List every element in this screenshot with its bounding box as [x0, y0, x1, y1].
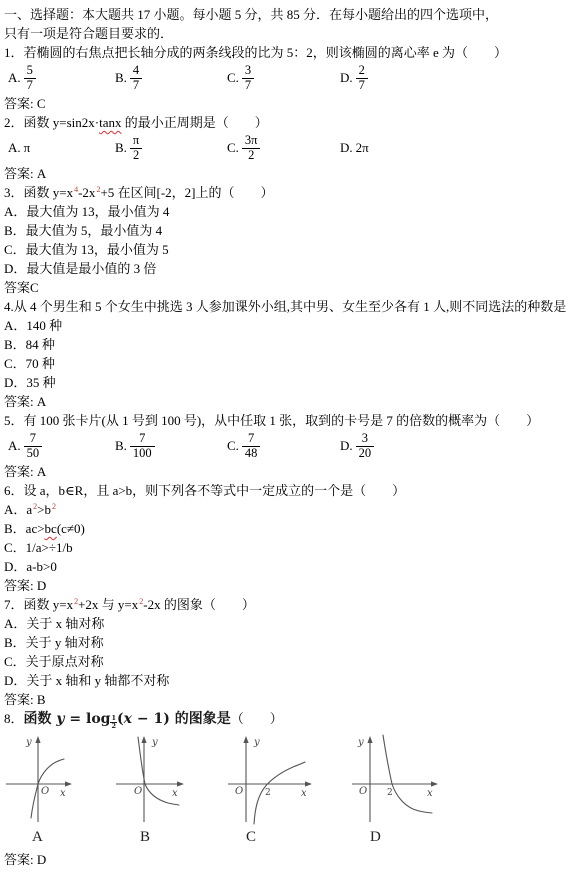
text-segment: 7．函数 y=x: [4, 597, 73, 612]
option-value: π: [24, 140, 31, 156]
fraction-denominator: 48: [242, 447, 261, 461]
fraction: π2: [130, 134, 142, 162]
question-5-option-b: B.7100: [115, 430, 155, 462]
question-4-option-d: D．35 种: [4, 373, 581, 392]
fraction: 47: [130, 64, 142, 92]
question-3-stem: 3．函数 y=x4-2x2+5 在区间[-2，2]上的（ ）: [4, 183, 581, 202]
text-segment: A．a: [4, 502, 32, 517]
text-segment: -2x: [78, 185, 95, 200]
question-2: 2．函数 y=sin2x·tanx 的最小正周期是（ ）A.πB.π2C.3π2…: [4, 113, 581, 183]
question-1-answer: 答案: C: [4, 94, 581, 113]
question-1-option-b: B.47: [115, 62, 142, 94]
origin-label: O: [235, 786, 243, 797]
fraction-numerator: 4: [130, 64, 142, 79]
text-segment: B．最大值为 5，最小值为 4: [4, 223, 162, 238]
fraction-numerator: 7: [24, 432, 43, 447]
text-segment: D．a-b>0: [4, 559, 57, 574]
question-4: 4.从 4 个男生和 5 个女生中挑选 3 人参加课外小组,其中男、女生至少各有…: [4, 297, 581, 411]
y-axis-label: y: [253, 737, 260, 748]
question-6-option-b: B．ac>bc(c≠0): [4, 519, 581, 538]
question-7-option-d: D．关于 x 轴和 y 轴都不对称: [4, 671, 581, 690]
question-6-option-a: A．a2>b2: [4, 500, 581, 519]
option-letter: A.: [8, 70, 21, 86]
text-segment: 2．函数 y=sin2x·: [4, 115, 99, 130]
graph-a-letter: A: [4, 828, 104, 846]
fraction: 750: [24, 432, 43, 460]
graph-c-letter: C: [222, 828, 322, 846]
fraction-numerator: 3: [242, 64, 254, 79]
option-letter: D.: [340, 140, 353, 156]
question-4-option-a: A．140 种: [4, 316, 581, 335]
question-5-option-a: A.750: [8, 430, 42, 462]
fraction: 3π2: [242, 134, 261, 162]
fraction: 320: [356, 432, 375, 460]
text-segment: 8．: [4, 711, 24, 726]
question-4-option-b: B．84 种: [4, 335, 581, 354]
fraction-denominator: 7: [24, 79, 36, 93]
y-axis-label: y: [25, 737, 32, 748]
question-5-option-d: D.320: [340, 430, 374, 462]
text-segment: A．关于 x 轴对称: [4, 616, 104, 631]
fraction-denominator: 7: [242, 79, 254, 93]
superscript-exponent: 2: [52, 502, 56, 511]
origin-label: O: [41, 786, 49, 797]
fraction-denominator: 50: [24, 447, 43, 461]
text-segment: B．关于 y 轴对称: [4, 635, 104, 650]
option-letter: C.: [227, 140, 239, 156]
option-letter: D.: [340, 438, 353, 454]
fraction-denominator: 2: [130, 149, 142, 163]
question-3-option-c: C．最大值为 13，最小值为 5: [4, 240, 581, 259]
option-letter: B.: [115, 438, 127, 454]
question-3-option-b: B．最大值为 5，最小值为 4: [4, 221, 581, 240]
question-8-graph-options: yxOAyxOByxO2CyxO2D: [4, 732, 581, 850]
question-2-option-a: A.π: [8, 132, 30, 164]
question-7-option-b: B．关于 y 轴对称: [4, 633, 581, 652]
text-segment: A．最大值为 13，最小值为 4: [4, 204, 169, 219]
question-7: 7．函数 y=x2+2x 与 y=x2-2x 的图象（ ）A．关于 x 轴对称B…: [4, 595, 581, 709]
graph-option-b: yxOB: [110, 732, 210, 846]
text-segment: D．35 种: [4, 375, 56, 390]
option-letter: A.: [8, 438, 21, 454]
x-axis-label: x: [60, 788, 66, 799]
text-segment: = log: [65, 711, 111, 727]
text-segment: 的图象是: [170, 711, 231, 727]
graph-b-plot: yxO: [110, 732, 210, 828]
y-axis-label: y: [151, 737, 158, 748]
text-segment: +5 在区间[-2，2]上的（ ）: [100, 185, 273, 200]
question-8: 8．函数 y = log12(x − 1) 的图象是（ ）yxOAyxOByxO…: [4, 709, 581, 869]
fraction-denominator: 7: [130, 79, 142, 93]
question-1-options: A.57B.47C.37D.27: [4, 62, 581, 94]
option-letter: A.: [8, 140, 21, 156]
question-3: 3．函数 y=x4-2x2+5 在区间[-2，2]上的（ ）A．最大值为 13，…: [4, 183, 581, 297]
question-6-option-c: C．1/a>÷1/b: [4, 538, 581, 557]
text-segment: − 1): [132, 711, 170, 727]
text-segment: y: [56, 711, 64, 727]
graph-option-c: yxO2C: [222, 732, 322, 846]
x-tick-label: 2: [265, 788, 271, 798]
option-letter: C.: [227, 70, 239, 86]
text-segment: (: [117, 711, 124, 727]
question-2-option-c: C.3π2: [227, 132, 260, 164]
fraction: 57: [24, 64, 36, 92]
text-segment: B．84 种: [4, 337, 55, 352]
text-segment: x: [124, 711, 132, 727]
question-3-answer: 答案C: [4, 278, 581, 297]
option-letter: B.: [115, 70, 127, 86]
question-3-option-a: A．最大值为 13，最小值为 4: [4, 202, 581, 221]
text-segment: C．最大值为 13，最小值为 5: [4, 242, 169, 257]
question-5-stem: 5．有 100 张卡片(从 1 号到 100 号)，从中任取 1 张，取到的卡号…: [4, 411, 581, 430]
fraction: 37: [242, 64, 254, 92]
question-5-options: A.750B.7100C.748D.320: [4, 430, 581, 462]
question-3-option-d: D．最大值是最小值的 3 倍: [4, 259, 581, 278]
text-segment: 1．若椭圆的右焦点把长轴分成的两条线段的比为 5：2，则该椭圆的离心率 e 为（…: [4, 45, 507, 60]
intro-line-1: 一、选择题：本大题共 17 小题。每小题 5 分，共 85 分．在每小题给出的四…: [4, 5, 581, 24]
graph-a-plot: yxO: [4, 732, 104, 828]
question-1-stem: 1．若椭圆的右焦点把长轴分成的两条线段的比为 5：2，则该椭圆的离心率 e 为（…: [4, 43, 581, 62]
y-axis-label: y: [357, 737, 364, 748]
text-segment: 5．有 100 张卡片(从 1 号到 100 号)，从中任取 1 张，取到的卡号…: [4, 413, 539, 428]
text-segment: (c≠0): [57, 521, 85, 536]
question-6-stem: 6．设 a，b∈R，且 a>b，则下列各不等式中一定成立的一个是（ ）: [4, 481, 581, 500]
question-7-option-a: A．关于 x 轴对称: [4, 614, 581, 633]
question-4-stem: 4.从 4 个男生和 5 个女生中挑选 3 人参加课外小组,其中男、女生至少各有…: [4, 297, 581, 316]
question-2-option-d: D.2π: [340, 132, 369, 164]
question-6-option-d: D．a-b>0: [4, 557, 581, 576]
question-2-stem: 2．函数 y=sin2x·tanx 的最小正周期是（ ）: [4, 113, 581, 132]
text-segment: C．70 种: [4, 356, 55, 371]
graph-d-letter: D: [346, 828, 446, 846]
question-5-answer: 答案: A: [4, 462, 581, 481]
question-6-answer: 答案: D: [4, 576, 581, 595]
text-segment: >b: [37, 502, 51, 517]
text-segment: B．ac>: [4, 521, 45, 536]
fraction-numerator: π: [130, 134, 142, 149]
text-segment: A．140 种: [4, 318, 62, 333]
option-value: 2π: [356, 140, 369, 156]
question-8-stem: 8．函数 y = log12(x − 1) 的图象是（ ）: [4, 709, 581, 730]
fraction: 27: [356, 64, 368, 92]
text-segment: 3．函数 y=x: [4, 185, 73, 200]
text-segment: D．关于 x 轴和 y 轴都不对称: [4, 673, 169, 688]
fraction-denominator: 100: [130, 447, 155, 461]
question-7-stem: 7．函数 y=x2+2x 与 y=x2-2x 的图象（ ）: [4, 595, 581, 614]
question-8-answer: 答案: D: [4, 850, 581, 869]
question-2-option-b: B.π2: [115, 132, 142, 164]
x-axis-label: x: [172, 788, 178, 799]
graph-option-d: yxO2D: [346, 732, 446, 846]
fraction: 7100: [130, 432, 155, 460]
question-4-option-c: C．70 种: [4, 354, 581, 373]
question-5-option-c: C.748: [227, 430, 260, 462]
text-segment: （ ）: [231, 711, 283, 726]
fraction-denominator: 7: [356, 79, 368, 93]
fraction-numerator: 3π: [242, 134, 261, 149]
fraction-numerator: 5: [24, 64, 36, 79]
text-segment: 函数: [24, 711, 57, 727]
x-tick-label: 2: [387, 788, 393, 798]
fraction-numerator: 2: [356, 64, 368, 79]
questions-container: 1．若椭圆的右焦点把长轴分成的两条线段的比为 5：2，则该椭圆的离心率 e 为（…: [4, 43, 581, 869]
fraction: 748: [242, 432, 261, 460]
graph-option-a: yxOA: [4, 732, 104, 846]
question-2-answer: 答案: A: [4, 164, 581, 183]
graph-d-plot: yxO2: [346, 732, 446, 828]
text-segment: 的最小正周期是（ ）: [121, 115, 267, 130]
text-segment: D．最大值是最小值的 3 倍: [4, 261, 156, 276]
question-1-option-c: C.37: [227, 62, 254, 94]
text-segment: C．关于原点对称: [4, 654, 104, 669]
x-axis-label: x: [427, 788, 433, 799]
question-4-answer: 答案: A: [4, 392, 581, 411]
question-2-options: A.πB.π2C.3π2D.2π: [4, 132, 581, 164]
question-1: 1．若椭圆的右焦点把长轴分成的两条线段的比为 5：2，则该椭圆的离心率 e 为（…: [4, 43, 581, 113]
origin-label: O: [359, 786, 367, 797]
fraction-denominator: 20: [356, 447, 375, 461]
fraction-denominator: 2: [242, 149, 261, 163]
option-letter: C.: [227, 438, 239, 454]
option-letter: D.: [340, 70, 353, 86]
text-segment: 6．设 a，b∈R，且 a>b，则下列各不等式中一定成立的一个是（ ）: [4, 483, 405, 498]
text-segment: +2x 与 y=x: [78, 597, 138, 612]
fraction-numerator: 7: [242, 432, 261, 447]
fraction-numerator: 7: [130, 432, 155, 447]
question-7-answer: 答案: B: [4, 690, 581, 709]
x-axis-label: x: [301, 788, 307, 799]
question-7-option-c: C．关于原点对称: [4, 652, 581, 671]
spellcheck-underlined-text: bc: [45, 521, 57, 536]
question-1-option-a: A.57: [8, 62, 36, 94]
intro-line-2: 只有一项是符合题目要求的．: [4, 24, 581, 43]
fraction-numerator: 3: [356, 432, 375, 447]
text-segment: 4.从 4 个男生和 5 个女生中挑选 3 人参加课外小组,其中男、女生至少各有…: [4, 299, 566, 314]
origin-label: O: [134, 786, 142, 797]
text-segment: C．1/a>÷1/b: [4, 540, 73, 555]
graph-b-letter: B: [110, 828, 210, 846]
text-segment: -2x 的图象（ ）: [143, 597, 255, 612]
spellcheck-underlined-text: tanx: [99, 115, 121, 130]
question-6: 6．设 a，b∈R，且 a>b，则下列各不等式中一定成立的一个是（ ）A．a2>…: [4, 481, 581, 595]
exam-page: 一、选择题：本大题共 17 小题。每小题 5 分，共 85 分．在每小题给出的四…: [0, 0, 585, 880]
question-5: 5．有 100 张卡片(从 1 号到 100 号)，从中任取 1 张，取到的卡号…: [4, 411, 581, 481]
option-letter: B.: [115, 140, 127, 156]
question-1-option-d: D.27: [340, 62, 368, 94]
graph-c-plot: yxO2: [222, 732, 322, 828]
